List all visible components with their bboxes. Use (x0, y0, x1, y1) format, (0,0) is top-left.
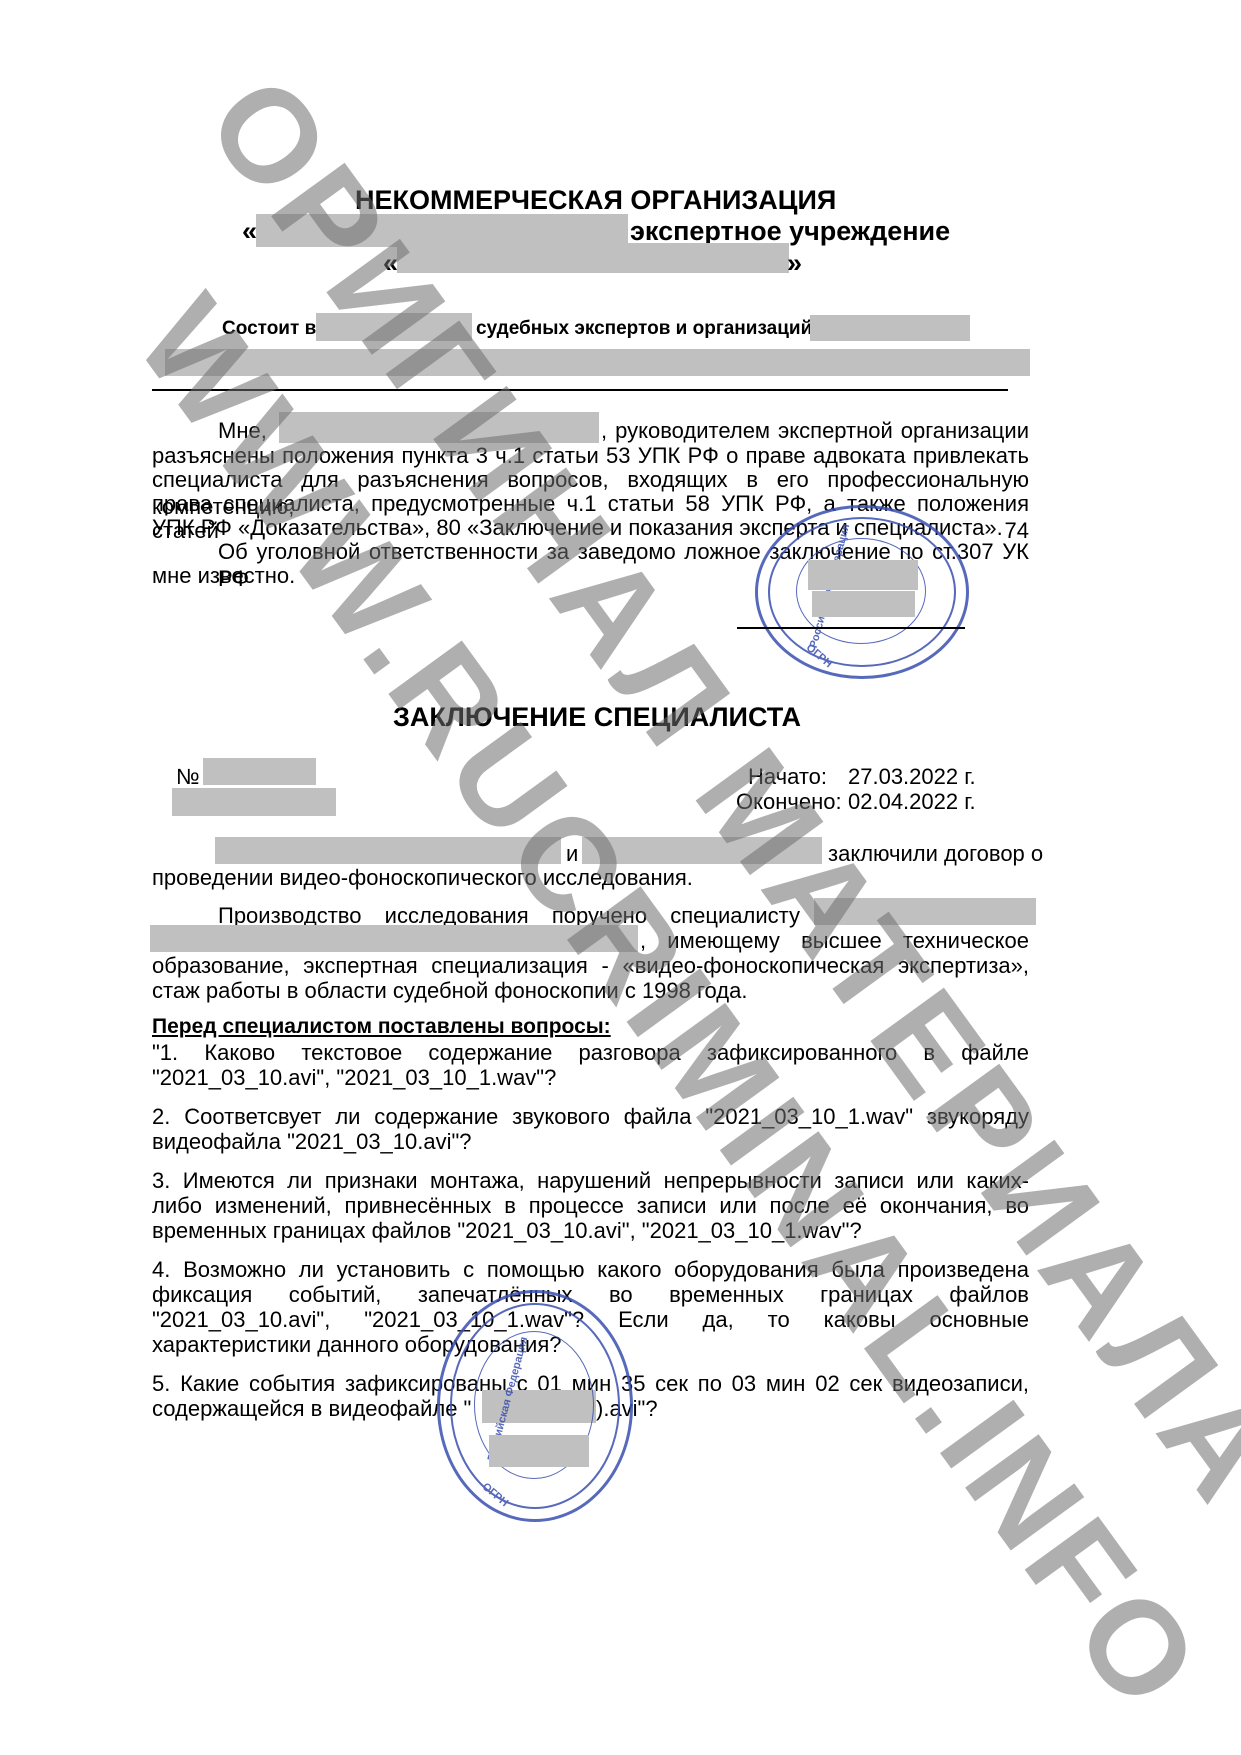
redacted-stamp-line3 (489, 1435, 589, 1467)
declaration-line1-suffix: , руководителем экспертной организации (601, 417, 1029, 444)
finished-date: 02.04.2022 г. (848, 788, 976, 815)
question-3-line2: либо изменений, привнесённых в процессе … (152, 1192, 1029, 1219)
org-subname-quote-open: « (383, 248, 398, 279)
question-4-line2: фиксация событий, запечатлённых во време… (152, 1281, 1029, 1308)
contract-and: и (566, 840, 578, 867)
question-5-line2-prefix: содержащейся в видеофайле " (152, 1395, 471, 1422)
document-page: НЕКОММЕРЧЕСКАЯ ОРГАНИЗАЦИЯ « экспертное … (0, 0, 1241, 1755)
conclusion-number-label: № (176, 763, 200, 790)
questions-heading: Перед специалистом поставлены вопросы: (152, 1015, 611, 1039)
finished-label: Окончено: (736, 788, 842, 815)
signature-line (737, 627, 965, 629)
redacted-stamp-line2 (812, 591, 915, 617)
question-3-line1: 3. Имеются ли признаки монтажа, нарушени… (152, 1167, 1029, 1194)
contract-line2: проведении видео-фоноскопического исслед… (152, 864, 693, 891)
assigned-suffix: , имеющему высшее техническое (640, 927, 1029, 954)
redacted-specialist-name-1 (814, 898, 1036, 925)
question-2-line2: видеофайла "2021_03_10.avi"? (152, 1128, 1132, 1155)
header-divider (152, 389, 1008, 391)
organization-stamp-bottom: Российская Федерация ОГРН (437, 1290, 633, 1522)
redacted-registry-line (165, 349, 1030, 376)
redacted-conclusion-number-2 (172, 788, 336, 816)
declaration-line1-prefix: Мне, (218, 417, 267, 444)
redacted-stamp-line1 (808, 560, 918, 590)
question-2-line1: 2. Соответсвует ли содержание звукового … (152, 1103, 1029, 1130)
started-label: Начато: (748, 763, 827, 790)
org-subname-quote-close: » (787, 248, 802, 279)
assigned-line4: стаж работы в области судебной фоноскопи… (152, 977, 747, 1004)
org-type-heading: НЕКОММЕРЧЕСКАЯ ОРГАНИЗАЦИЯ (355, 185, 836, 216)
declaration-line7: мне известно. (152, 562, 295, 589)
question-1-line2: "2021_03_10.avi", "2021_03_10_1.wav"? (152, 1064, 1132, 1091)
org-quote-open: « (242, 216, 257, 247)
question-1-line1: "1. Каково текстовое содержание разговор… (152, 1039, 1029, 1066)
redacted-org-subname (397, 243, 789, 273)
redacted-party-2 (582, 837, 822, 864)
redacted-conclusion-number (203, 758, 316, 785)
redacted-registry-name (316, 313, 472, 341)
question-4-line1: 4. Возможно ли установить с помощью како… (152, 1256, 1029, 1283)
redacted-specialist-name-2 (150, 925, 638, 952)
redacted-party-1 (215, 837, 561, 864)
registry-middle: судебных экспертов и организаций (476, 318, 812, 340)
question-4-line4: характеристики данного оборудования? (152, 1331, 1132, 1358)
declaration-line2: разъяснены положения пункта 3 ч.1 статьи… (152, 442, 1029, 469)
registry-prefix: Состоит в (222, 318, 316, 340)
redacted-registry-region (810, 315, 970, 341)
conclusion-title: ЗАКЛЮЧЕНИЕ СПЕЦИАЛИСТА (393, 702, 801, 733)
redacted-director-name (279, 412, 599, 443)
assigned-line3: образование, экспертная специализация - … (152, 952, 1029, 979)
started-date: 27.03.2022 г. (848, 763, 976, 790)
question-3-line3: временных границах файлов "2021_03_10.av… (152, 1217, 1132, 1244)
contract-suffix: заключили договор о (828, 840, 1043, 867)
